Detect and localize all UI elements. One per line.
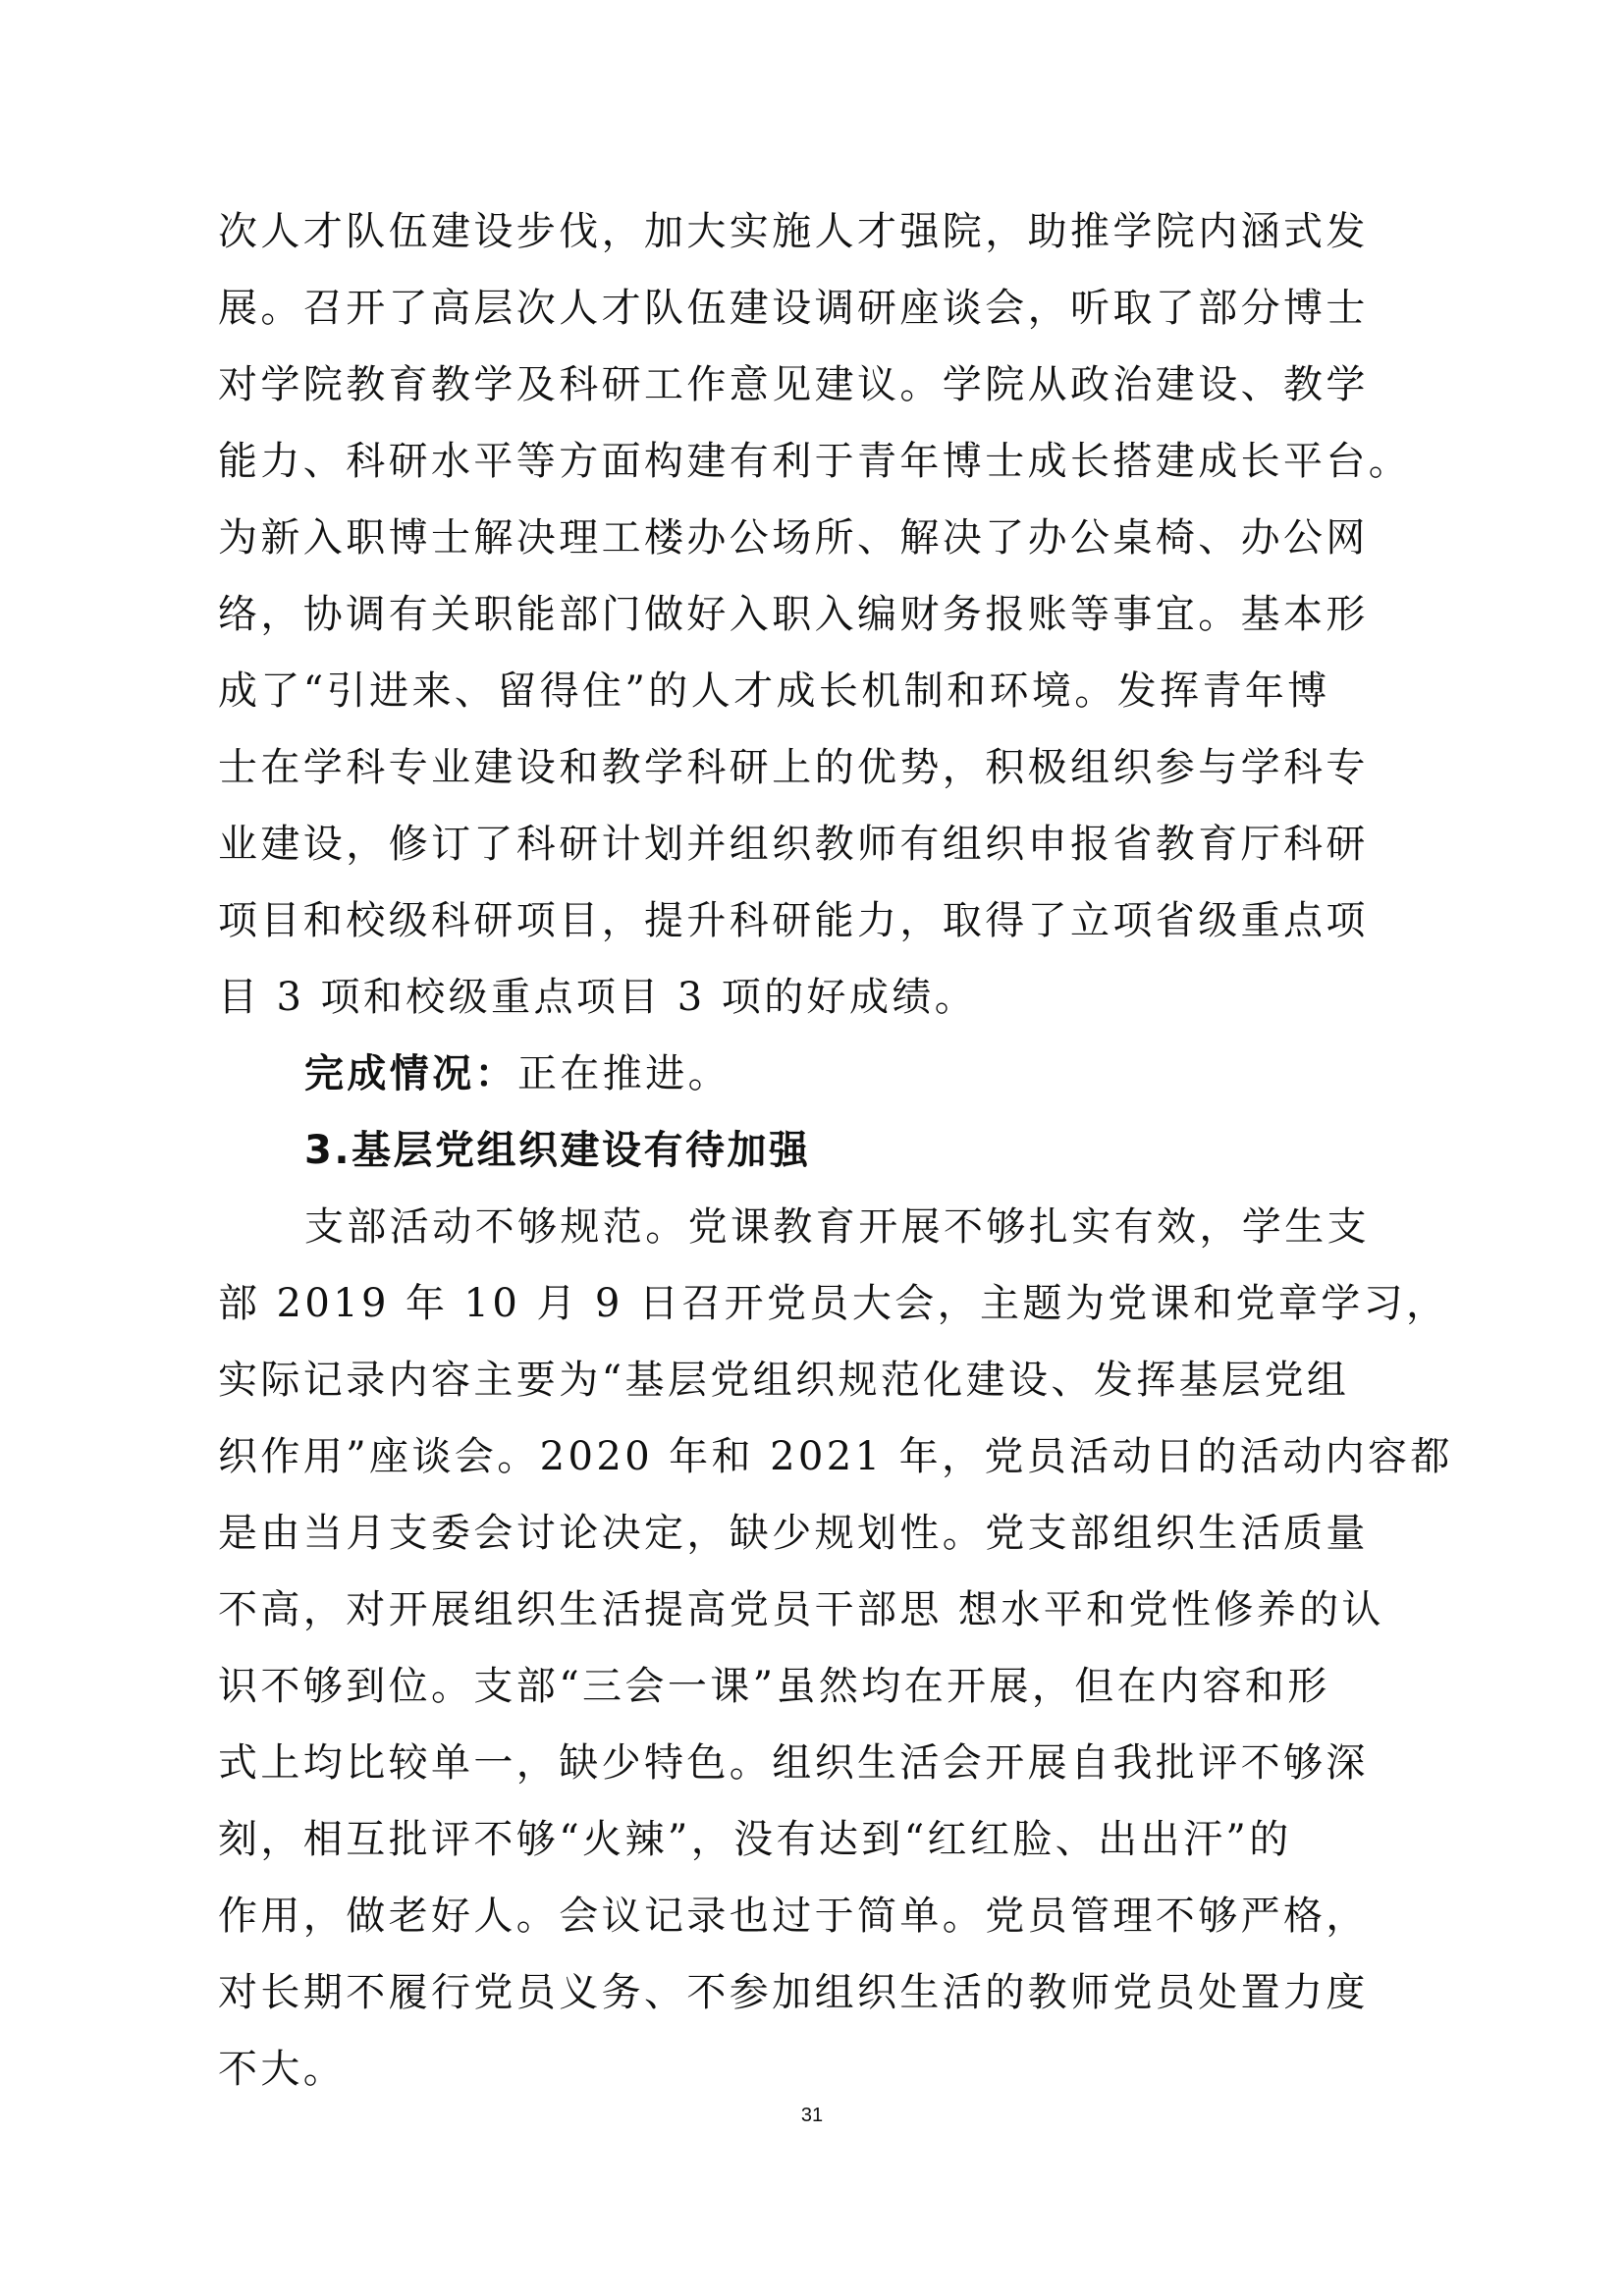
paragraph-line: 络，协调有关职能部门做好入职入编财务报账等事宜。基本形	[218, 591, 1435, 638]
completion-status: 完成情况：正在推进。	[304, 1050, 1522, 1097]
paragraph-line: 项目和校级科研项目，提升科研能力，取得了立项省级重点项	[218, 897, 1435, 944]
paragraph-line: 对学院教育教学及科研工作意见建议。学院从政治建设、教学	[218, 361, 1435, 408]
paragraph-line: 业建设，修订了科研计划并组织教师有组织申报省教育厅科研	[218, 821, 1435, 868]
paragraph-line: 展。召开了高层次人才队伍建设调研座谈会，听取了部分博士	[218, 285, 1435, 332]
paragraph-line: 为新入职博士解决理工楼办公场所、解决了办公桌椅、办公网	[218, 514, 1435, 561]
paragraph-line: 成了“引进来、留得住”的人才成长机制和环境。发挥青年博	[218, 667, 1435, 715]
paragraph-line: 识不够到位。支部“三会一课”虽然均在开展，但在内容和形	[218, 1663, 1435, 1710]
status-value: 正在推进。	[517, 1051, 731, 1096]
paragraph-line: 刻，相互批评不够“火辣”，没有达到“红红脸、出出汗”的	[218, 1816, 1435, 1863]
paragraph-line: 不高，对开展组织生活提高党员干部思 想水平和党性修养的认	[218, 1586, 1435, 1633]
paragraph-line: 支部活动不够规范。党课教育开展不够扎实有效，学生支	[304, 1203, 1522, 1251]
paragraph-line: 实际记录内容主要为“基层党组织规范化建设、发挥基层党组	[218, 1357, 1435, 1404]
paragraph-line: 作用，做老好人。会议记录也过于简单。党员管理不够严格，	[218, 1893, 1435, 1940]
paragraph-line: 士在学科专业建设和教学科研上的优势，积极组织参与学科专	[218, 744, 1435, 791]
paragraph-line: 是由当月支委会讨论决定，缺少规划性。党支部组织生活质量	[218, 1510, 1435, 1557]
section-heading: 3.基层党组织建设有待加强	[304, 1127, 1522, 1174]
document-page: 次人才队伍建设步伐，加大实施人才强院，助推学院内涵式发 展。召开了高层次人才队伍…	[0, 0, 1624, 2296]
paragraph-line: 式上均比较单一，缺少特色。组织生活会开展自我批评不够深	[218, 1739, 1435, 1787]
paragraph-line: 不大。	[218, 2046, 1435, 2093]
paragraph-line: 部 2019 年 10 月 9 日召开党员大会，主题为党课和党章学习，	[218, 1280, 1435, 1327]
status-label: 完成情况：	[304, 1051, 517, 1096]
page-number: 31	[763, 2105, 861, 2127]
paragraph-line: 目 3 项和校级重点项目 3 项的好成绩。	[218, 974, 1435, 1021]
paragraph-line: 对长期不履行党员义务、不参加组织生活的教师党员处置力度	[218, 1969, 1435, 2016]
paragraph-line: 次人才队伍建设步伐，加大实施人才强院，助推学院内涵式发	[218, 208, 1435, 255]
paragraph-line: 能力、科研水平等方面构建有利于青年博士成长搭建成长平台。	[218, 438, 1435, 485]
paragraph-line: 织作用”座谈会。2020 年和 2021 年，党员活动日的活动内容都	[218, 1433, 1435, 1480]
